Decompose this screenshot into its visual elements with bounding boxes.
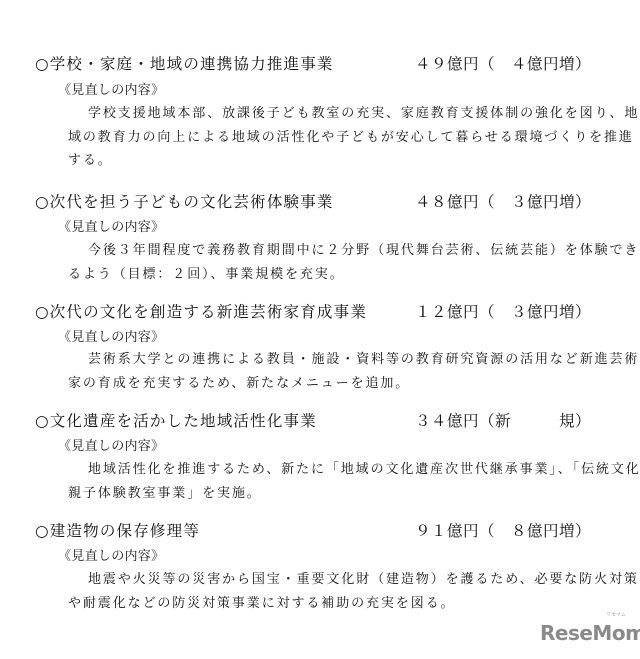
item-body-line: 学校支援地域本部、放課後子ども教室の充実、家庭教育支援体制の強化を図り、地 [88,102,639,121]
item-subheading: 《見直しの内容》 [58,326,164,345]
item-subheading: 《見直しの内容》 [58,435,164,454]
item-body-line: るよう（目標：２回）、事業規模を充実。 [68,263,345,282]
item-body-line: 親子体験教室事業」を実施。 [68,482,262,501]
item-title: ○次代を担う子どもの文化芸術体験事業 [35,190,334,212]
item-title: ○次代の文化を創造する新進芸術家育成事業 [35,300,367,322]
item-body-line: 地域活性化を推進するため、新たに「地域の文化遺産次世代継承事業」、「伝統文化 [88,458,640,477]
item-subheading: 《見直しの内容》 [58,545,164,564]
item-header: ○次代の文化を創造する新進芸術家育成事業 １２億円（ ３億円増） [35,300,605,322]
item-header: ○建造物の保存修理等 ９１億円（ ８億円増） [35,519,605,541]
item-body-line: 今後３年間程度で義務教育期間中に２分野（現代舞台芸術、伝統芸能）を体験でき [88,239,639,258]
item-title: ○学校・家庭・地域の連携協力推進事業 [35,52,334,74]
item-amount: ３４億円（新 規） [415,409,591,431]
item-header: ○次代を担う子どもの文化芸術体験事業 ４８億円（ ３億円増） [35,190,605,212]
item-body-line: や耐震化などの防災対策事業に対する補助の充実を図る。 [68,592,455,611]
item-subheading: 《見直しの内容》 [58,79,164,98]
item-amount: ９１億円（ ８億円増） [415,519,591,541]
item-amount: ４９億円（ ４億円増） [415,52,591,74]
item-amount: ４８億円（ ３億円増） [415,190,591,212]
item-header: ○学校・家庭・地域の連携協力推進事業 ４９億円（ ４億円増） [35,52,605,74]
item-body-line: 芸術系大学との連携による教員・施設・資料等の教育研究資源の活用など新進芸術 [88,348,639,367]
watermark-kana: リセマム [606,611,626,618]
item-body-line: 家の育成を充実するため、新たなメニューを追加。 [68,372,410,391]
item-body-line: する。 [68,149,113,168]
item-body-line: 域の教育力の向上による地域の活性化や子どもが安心して暮らせる環境づくりを推進 [68,126,634,145]
resemom-logo: ReseMom [540,621,640,645]
item-title: ○文化遺産を活かした地域活性化事業 [35,409,317,431]
item-subheading: 《見直しの内容》 [58,216,164,235]
item-header: ○文化遺産を活かした地域活性化事業 ３４億円（新 規） [35,409,605,431]
item-body-line: 地震や火災等の災害から国宝・重要文化財（建造物）を護るため、必要な防火対策 [88,568,639,587]
item-title: ○建造物の保存修理等 [35,519,200,541]
item-amount: １２億円（ ３億円増） [415,300,591,322]
document-page: ○学校・家庭・地域の連携協力推進事業 ４９億円（ ４億円増） 《見直しの内容》 … [0,0,640,659]
